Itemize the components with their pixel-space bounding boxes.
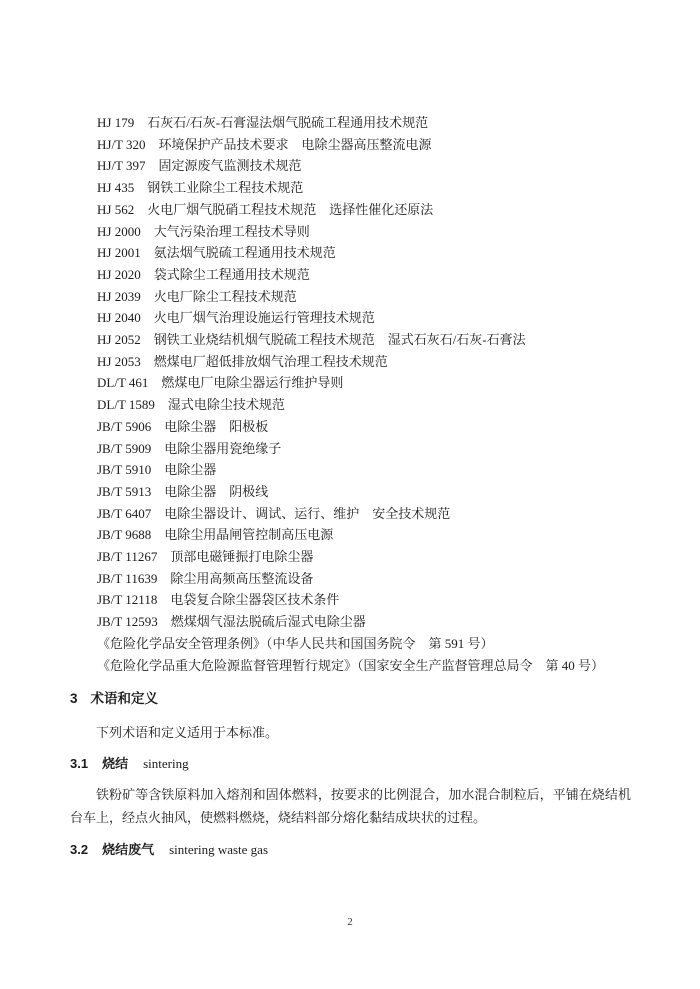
reference-item: HJ/T 320 环境保护产品技术要求 电除尘器高压整流电源 <box>97 134 660 156</box>
reference-item: HJ 2052 钢铁工业烧结机烟气脱硫工程技术规范 湿式石灰石/石灰-石膏法 <box>97 329 660 351</box>
section-3-title: 术语和定义 <box>91 691 159 706</box>
reference-item: HJ 562 火电厂烟气脱硝工程技术规范 选择性催化还原法 <box>97 199 660 221</box>
reference-item: JB/T 6407 电除尘器设计、调试、运行、维护 安全技术规范 <box>97 503 660 525</box>
reference-item: HJ 2040 火电厂烟气治理设施运行管理技术规范 <box>97 307 660 329</box>
reference-item: 《危险化学品安全管理条例》（中华人民共和国国务院令 第 591 号） <box>97 633 660 655</box>
reference-item: JB/T 11639 除尘用高频高压整流设备 <box>97 568 660 590</box>
section-3-intro: 下列术语和定义适用于本标准。 <box>70 722 631 741</box>
reference-item: HJ 2053 燃煤电厂超低排放烟气治理工程技术规范 <box>97 351 660 373</box>
term-3-1-chinese: 烧结 <box>102 756 128 771</box>
term-3-2-heading: 3.2烧结废气sintering waste gas <box>70 839 268 858</box>
reference-item: JB/T 9688 电除尘用晶闸管控制高压电源 <box>97 524 660 546</box>
reference-item: JB/T 11267 顶部电磁锤振打电除尘器 <box>97 546 660 568</box>
section-3-heading: 3术语和定义 <box>70 687 158 707</box>
term-3-1-number: 3.1 <box>70 756 88 771</box>
reference-item: JB/T 5913 电除尘器 阴极线 <box>97 481 660 503</box>
reference-item: HJ/T 397 固定源废气监测技术规范 <box>97 155 660 177</box>
reference-item: JB/T 12118 电袋复合除尘器袋区技术条件 <box>97 589 660 611</box>
reference-item: HJ 2039 火电厂除尘工程技术规范 <box>97 286 660 308</box>
reference-item: JB/T 5910 电除尘器 <box>97 459 660 481</box>
page-number: 2 <box>0 916 700 928</box>
term-3-1-english: sintering <box>143 756 189 771</box>
normative-references-list: HJ 179 石灰石/石灰-石膏湿法烟气脱硫工程通用技术规范HJ/T 320 环… <box>97 112 660 676</box>
reference-item: DL/T 461 燃煤电厂电除尘器运行维护导则 <box>97 372 660 394</box>
reference-item: HJ 2000 大气污染治理工程技术导则 <box>97 221 660 243</box>
reference-item: HJ 179 石灰石/石灰-石膏湿法烟气脱硫工程通用技术规范 <box>97 112 660 134</box>
term-3-1-definition: 铁粉矿等含铁原料加入熔剂和固体燃料，按要求的比例混合，加水混合制粒后，平铺在烧结… <box>70 783 631 829</box>
section-3-number: 3 <box>70 691 78 706</box>
term-3-1-heading: 3.1烧结sintering <box>70 753 189 772</box>
document-page: HJ 179 石灰石/石灰-石膏湿法烟气脱硫工程通用技术规范HJ/T 320 环… <box>0 0 700 989</box>
term-3-2-chinese: 烧结废气 <box>102 842 154 857</box>
reference-item: JB/T 12593 燃煤烟气湿法脱硫后湿式电除尘器 <box>97 611 660 633</box>
term-3-2-number: 3.2 <box>70 842 88 857</box>
reference-item: HJ 2001 氨法烟气脱硫工程通用技术规范 <box>97 242 660 264</box>
reference-item: JB/T 5906 电除尘器 阳极板 <box>97 416 660 438</box>
term-3-2-english: sintering waste gas <box>169 842 268 857</box>
reference-item: HJ 2020 袋式除尘工程通用技术规范 <box>97 264 660 286</box>
reference-item: JB/T 5909 电除尘器用瓷绝缘子 <box>97 438 660 460</box>
reference-item: DL/T 1589 湿式电除尘技术规范 <box>97 394 660 416</box>
reference-item: 《危险化学品重大危险源监督管理暂行规定》（国家安全生产监督管理总局令 第 40 … <box>97 655 660 677</box>
reference-item: HJ 435 钢铁工业除尘工程技术规范 <box>97 177 660 199</box>
